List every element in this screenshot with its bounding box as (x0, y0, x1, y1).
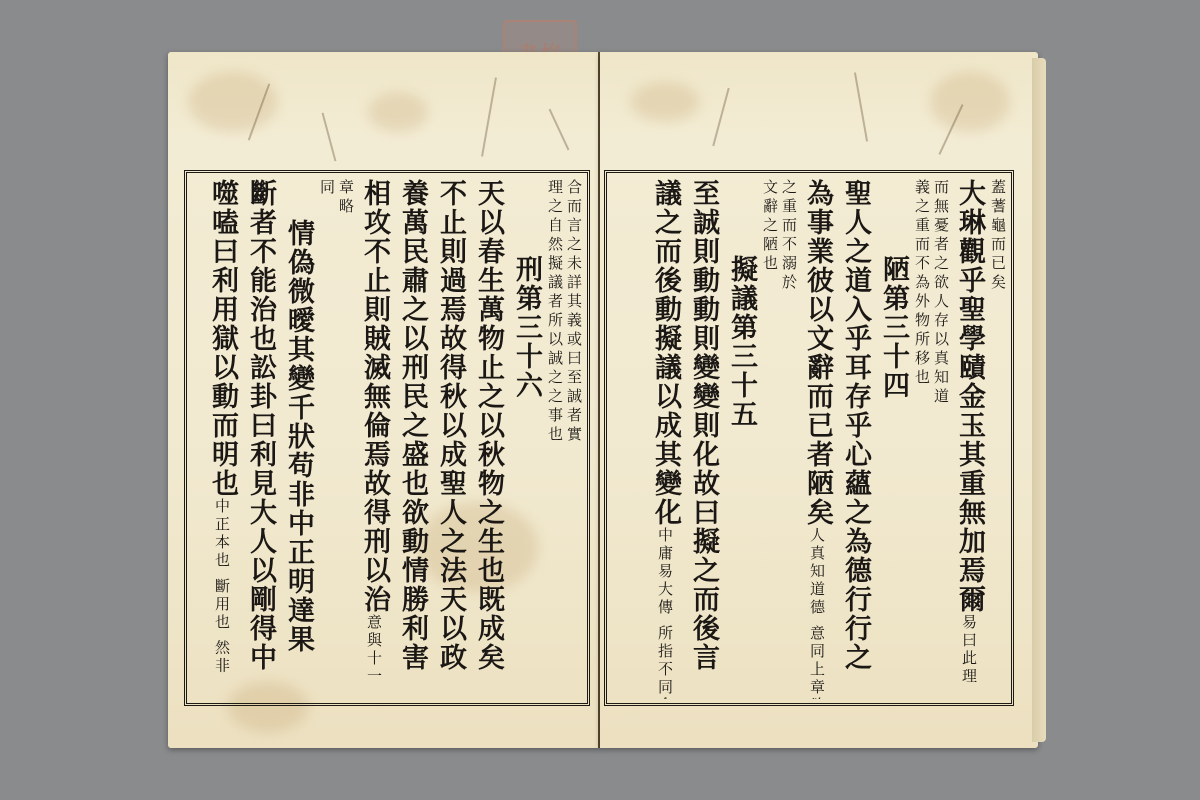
commentary-column: 蓋蓍龜而已矣 (988, 179, 1007, 699)
text-column: 噬嗑曰利用獄以動而明也中正本也 斷用也 然非 (203, 179, 241, 699)
chapter-heading: 刑第三十六 (507, 179, 545, 699)
text-column: 斷者不能治也訟卦曰利見大人以剛得中 (241, 179, 279, 699)
inline-note: 中庸易大傳 所指不同今 (656, 527, 674, 699)
text-column: 天以春生萬物止之以秋物之生也既成矣 (469, 179, 507, 699)
inline-note: 中正本也 斷用也 然非 (213, 498, 231, 676)
chapter-heading: 擬議第三十五 (722, 179, 760, 699)
text-column: 議之而後動擬議以成其變化中庸易大傳 所指不同今 (646, 179, 684, 699)
text-column: 至誠則動動則變變則化故曰擬之而後言 (684, 179, 722, 699)
text-column: 情偽微曖其變千狀苟非中正明達果 (279, 179, 317, 699)
right-page: 蓋蓍龜而已矣 大琳觀乎聖學賾金玉其重無加焉爾易曰此理 而無憂者之欲人存以真知道 … (600, 52, 1038, 748)
text-column: 不止則過焉故得秋以成聖人之法天以政 (431, 179, 469, 699)
left-page-border-frame: 合而言之未詳其義或曰至誠者實 理之自然擬議者所以誠之之事也 刑第三十六 天以春生… (184, 170, 590, 706)
text-column: 養萬民肅之以刑民之盛也欲動情勝利害 (393, 179, 431, 699)
commentary-column: 合而言之未詳其義或曰至誠者實 理之自然擬議者所以誠之之事也 (545, 179, 583, 699)
text-column: 相攻不止則賊滅無倫焉故得刑以治意與十一 (355, 179, 393, 699)
inline-note: 易曰此理 (960, 614, 978, 686)
inline-note: 意與十一 (365, 614, 383, 686)
commentary-column: 而無憂者之欲人存以真知道 義之重而不為外物所移也 (912, 179, 950, 699)
commentary-column: 之重而不溺於 文辭之陋也 (760, 179, 798, 699)
chapter-heading: 陋第三十四 (874, 179, 912, 699)
open-book: 合而言之未詳其義或曰至誠者實 理之自然擬議者所以誠之之事也 刑第三十六 天以春生… (168, 52, 1038, 748)
page-edge (1032, 58, 1046, 742)
left-page: 合而言之未詳其義或曰至誠者實 理之自然擬議者所以誠之之事也 刑第三十六 天以春生… (168, 52, 600, 748)
left-text-columns: 合而言之未詳其義或曰至誠者實 理之自然擬議者所以誠之之事也 刑第三十六 天以春生… (191, 179, 583, 699)
text-column: 大琳觀乎聖學賾金玉其重無加焉爾易曰此理 (950, 179, 988, 699)
text-column: 聖人之道入乎耳存乎心蘊之為德行行之 (836, 179, 874, 699)
right-page-border-frame: 蓋蓍龜而已矣 大琳觀乎聖學賾金玉其重無加焉爾易曰此理 而無憂者之欲人存以真知道 … (604, 170, 1014, 706)
right-text-columns: 蓋蓍龜而已矣 大琳觀乎聖學賾金玉其重無加焉爾易曰此理 而無憂者之欲人存以真知道 … (611, 179, 1007, 699)
text-column: 為事業彼以文辭而已者陋矣人真知道德 意同上章欲 (798, 179, 836, 699)
commentary-column: 章略 同 (317, 179, 355, 699)
inline-note: 人真知道德 意同上章欲 (808, 527, 826, 699)
